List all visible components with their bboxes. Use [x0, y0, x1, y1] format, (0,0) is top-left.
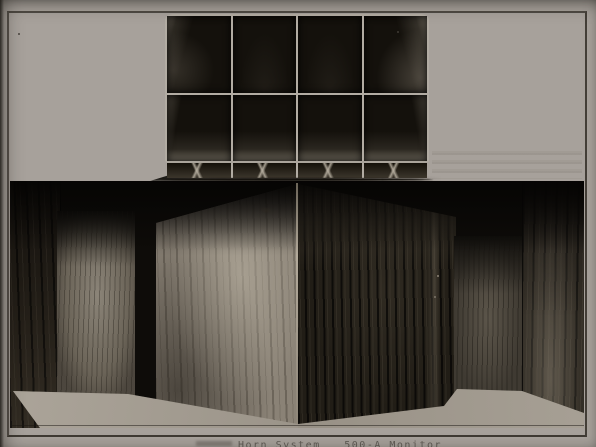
photo-slide: Horn System 500-A Monitor	[0, 0, 596, 447]
dust-speck	[397, 31, 399, 33]
horn-flare-cell	[364, 163, 428, 178]
horn-cell	[298, 95, 362, 161]
multicellular-horn	[165, 14, 429, 179]
horn-flare-cell	[298, 163, 362, 178]
wood-grain-mark	[260, 207, 272, 214]
horn-cell	[364, 16, 428, 93]
horn-mouth-flare	[167, 161, 427, 178]
bass-horn-enclosure	[10, 181, 584, 428]
horn-cell	[233, 95, 297, 161]
horn-cell	[233, 16, 297, 93]
horn-cell	[167, 16, 231, 93]
horn-flare-cell	[233, 163, 297, 178]
horn-cell	[167, 95, 231, 161]
slide-left-edge	[0, 0, 4, 447]
floor-front-edge	[10, 425, 584, 426]
horn-cell	[364, 95, 428, 161]
photo-artifact-streaks	[432, 146, 582, 179]
horn-cell-grid	[165, 14, 429, 163]
caption-illegible-fragment	[196, 441, 232, 446]
caption-left-text: Horn System	[238, 440, 321, 447]
dust-speck	[437, 275, 439, 277]
caption-right-text: 500-A Monitor	[344, 440, 442, 447]
dust-speck	[434, 296, 436, 298]
caption: Horn System 500-A Monitor	[238, 440, 442, 447]
horn-cell	[298, 16, 362, 93]
center-ridge-edge	[296, 183, 298, 426]
dust-speck	[18, 33, 20, 35]
horn-flare-cell	[167, 163, 231, 178]
right-back-panel	[454, 236, 522, 401]
